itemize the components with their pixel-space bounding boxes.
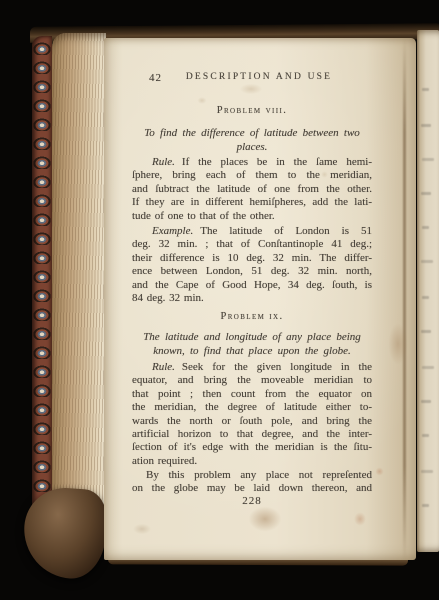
text-line: By this problem any place not repreſente… bbox=[132, 469, 372, 482]
ghost-text-line bbox=[421, 400, 431, 403]
problem-ix-heading: Problem ix. bbox=[132, 311, 372, 322]
ghost-text-line bbox=[422, 88, 429, 91]
footer-number: 228 bbox=[132, 495, 372, 507]
text-line: If they are in different hemiſpheres, ad… bbox=[132, 196, 372, 209]
page-header: 42 DESCRIPTION AND USE bbox=[132, 72, 372, 86]
ghost-text-line bbox=[421, 192, 431, 195]
ghost-text-line bbox=[421, 330, 431, 333]
problem-viii-heading: Problem viii. bbox=[132, 105, 372, 116]
text-line: ence between London, 51 deg. 32 min. nor… bbox=[132, 265, 372, 278]
text-line-rest: Seek for the given longitude in the bbox=[182, 361, 372, 373]
ghost-text-line bbox=[422, 296, 429, 299]
text-line: equator, and bring the moveable meridian… bbox=[132, 374, 372, 387]
text-line: ation required. bbox=[132, 455, 372, 468]
subtitle-line: known, to find that place upon the globe… bbox=[132, 344, 372, 358]
text-line: tude of one to that of the other. bbox=[132, 210, 372, 223]
text-line: Example.The latitude of London is 51 bbox=[132, 225, 372, 238]
text-line: 84 deg. 32 min. bbox=[132, 292, 372, 305]
problem-ix-subtitle: The latitude and longitude of any place … bbox=[132, 330, 372, 358]
problem-viii-subtitle: To find the difference of latitude betwe… bbox=[132, 126, 372, 154]
text-line: their difference is 10 deg. 32 min. The … bbox=[132, 252, 372, 265]
text-line: artificial horizon to that degree, and t… bbox=[132, 428, 372, 441]
text-line: ſection of it's edge with the meridian i… bbox=[132, 441, 372, 454]
text-line: Rule.Seek for the given longitude in the bbox=[132, 361, 372, 374]
text-line-rest: If the places be in the ſame hemi- bbox=[182, 156, 372, 168]
problem-ix-rule-paragraph: Rule.Seek for the given longitude in the… bbox=[132, 361, 372, 468]
subtitle-line: To find the difference of latitude betwe… bbox=[132, 126, 372, 140]
rule-lead: Rule. bbox=[152, 361, 182, 373]
ghost-text-line bbox=[421, 470, 433, 473]
closing-paragraph: By this problem any place not repreſente… bbox=[132, 469, 372, 496]
text-line: deg. 32 min. ; that of Conſtantinople 41… bbox=[132, 238, 372, 251]
text-line: that point ; then count from the equator… bbox=[132, 388, 372, 401]
ghost-text-line bbox=[422, 226, 429, 229]
page-number: 42 bbox=[149, 72, 162, 84]
marbled-cover-edge bbox=[32, 36, 52, 542]
text-line-rest: The latitude of London is 51 bbox=[200, 225, 372, 237]
rule-lead: Rule. bbox=[152, 156, 182, 168]
text-line: and ſubtract the latitude of one from th… bbox=[132, 183, 372, 196]
book-page: 42 DESCRIPTION AND USE Problem viii. To … bbox=[104, 38, 416, 560]
book-photo: 42 DESCRIPTION AND USE Problem viii. To … bbox=[0, 0, 439, 600]
ghost-text-line bbox=[421, 124, 431, 127]
text-line: and the Cape of Good Hope, 34 deg. ſouth… bbox=[132, 279, 372, 292]
ghost-text-line bbox=[422, 504, 429, 507]
ghost-text-line bbox=[422, 434, 429, 437]
problem-viii-rule-paragraph: Rule.If the places be in the ſame hemi- … bbox=[132, 156, 372, 223]
page-fore-edges bbox=[52, 33, 106, 547]
ghost-text-line bbox=[422, 366, 434, 369]
ghost-text-line bbox=[422, 158, 434, 161]
text-line: Rule.If the places be in the ſame hemi- bbox=[132, 156, 372, 169]
text-line: on the globe may be laid down thereon, a… bbox=[132, 482, 372, 495]
gutter-crease bbox=[403, 38, 406, 560]
running-title: DESCRIPTION AND USE bbox=[132, 72, 372, 82]
text-line: wards the north or ſouth pole, and bring… bbox=[132, 415, 372, 428]
text-line: the meridian, the degree of latitude eit… bbox=[132, 401, 372, 414]
text-line: ſphere, bring each of them to the meridi… bbox=[132, 169, 372, 182]
subtitle-line: The latitude and longitude of any place … bbox=[132, 330, 372, 344]
facing-page-sliver bbox=[417, 30, 439, 552]
example-lead: Example. bbox=[152, 225, 200, 237]
subtitle-line: places. bbox=[132, 140, 372, 154]
ghost-text-line bbox=[421, 260, 433, 263]
problem-viii-example-paragraph: Example.The latitude of London is 51 deg… bbox=[132, 225, 372, 305]
